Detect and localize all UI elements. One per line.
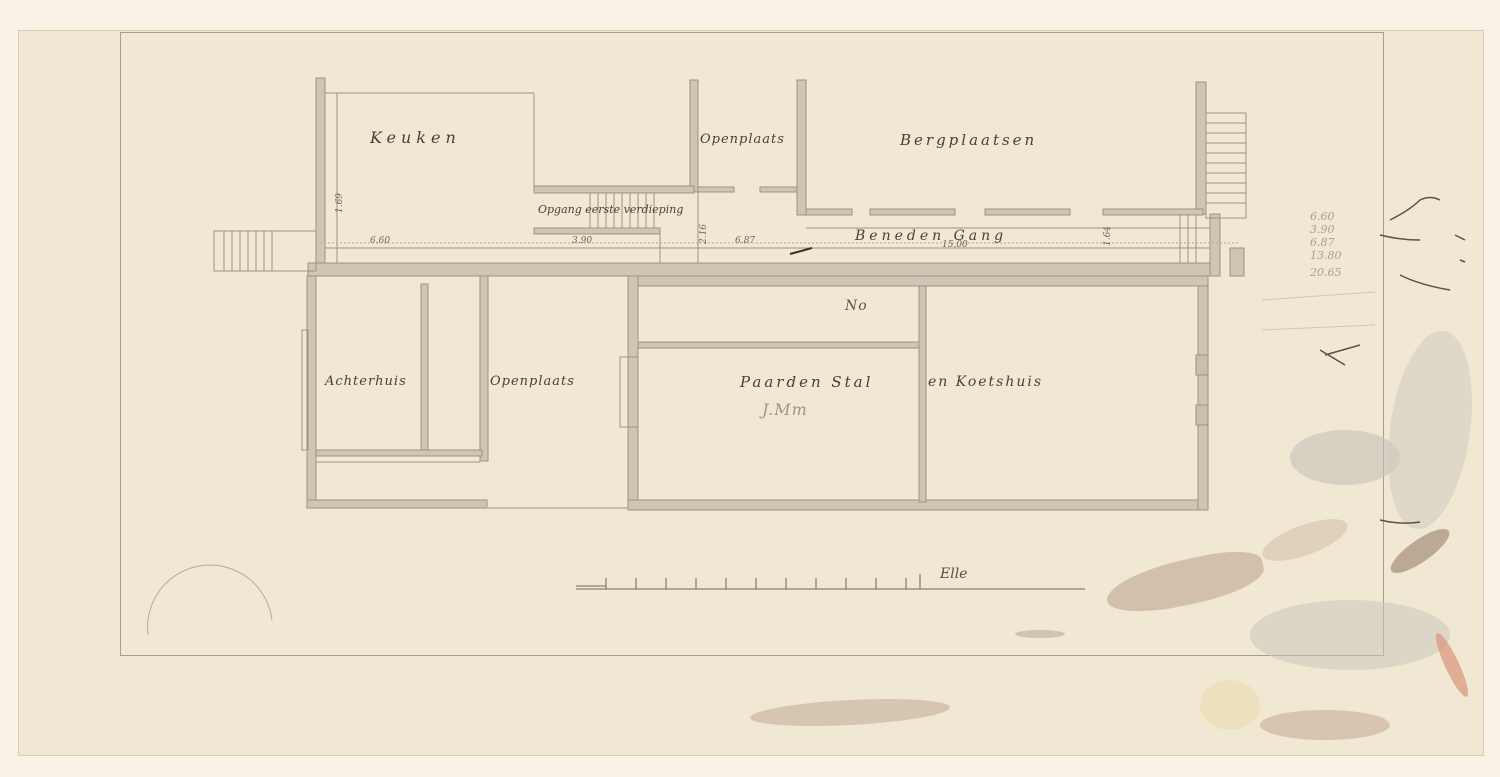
room-label-beneden-gang: Beneden Gang [855, 228, 1007, 244]
sum-line: 6.60 [1310, 210, 1342, 223]
room-label-openplaats-bottom: Openplaats [490, 374, 575, 389]
dimension-label: 6.60 [370, 236, 390, 246]
dimension-label: 3.90 [572, 236, 592, 246]
dimension-label-vertical: 2.16 [699, 224, 709, 244]
dimension-label: 6.87 [735, 236, 755, 246]
room-label-paardenstal: Paarden Stal [740, 373, 873, 391]
dimension-label-vertical: 1.64 [1103, 226, 1113, 246]
sum-line: 13.80 [1310, 249, 1342, 262]
dimension-label-vertical: 1.69 [335, 193, 345, 213]
sum-total: 20.65 [1310, 266, 1342, 279]
sum-line: 6.87 [1310, 236, 1342, 249]
dimension-label: 15.00 [942, 240, 968, 250]
pencil-annotation: J.Mm [762, 400, 808, 419]
sum-line: 3.90 [1310, 223, 1342, 236]
room-label-bergplaatsen: Bergplaatsen [900, 131, 1037, 149]
room-label-koetshuis: en Koetshuis [928, 374, 1043, 390]
room-label-achterhuis: Achterhuis [325, 374, 407, 389]
room-label-openplaats-top: Openplaats [700, 132, 785, 147]
margin-calculation: 6.60 3.90 6.87 13.80 20.65 [1310, 210, 1342, 279]
scale-unit-label: Elle [940, 566, 967, 582]
pencil-annotation-small: No [845, 298, 868, 314]
room-label-keuken: Keuken [370, 128, 461, 147]
room-label-opgang: Opgang eerste verdieping [538, 203, 683, 216]
